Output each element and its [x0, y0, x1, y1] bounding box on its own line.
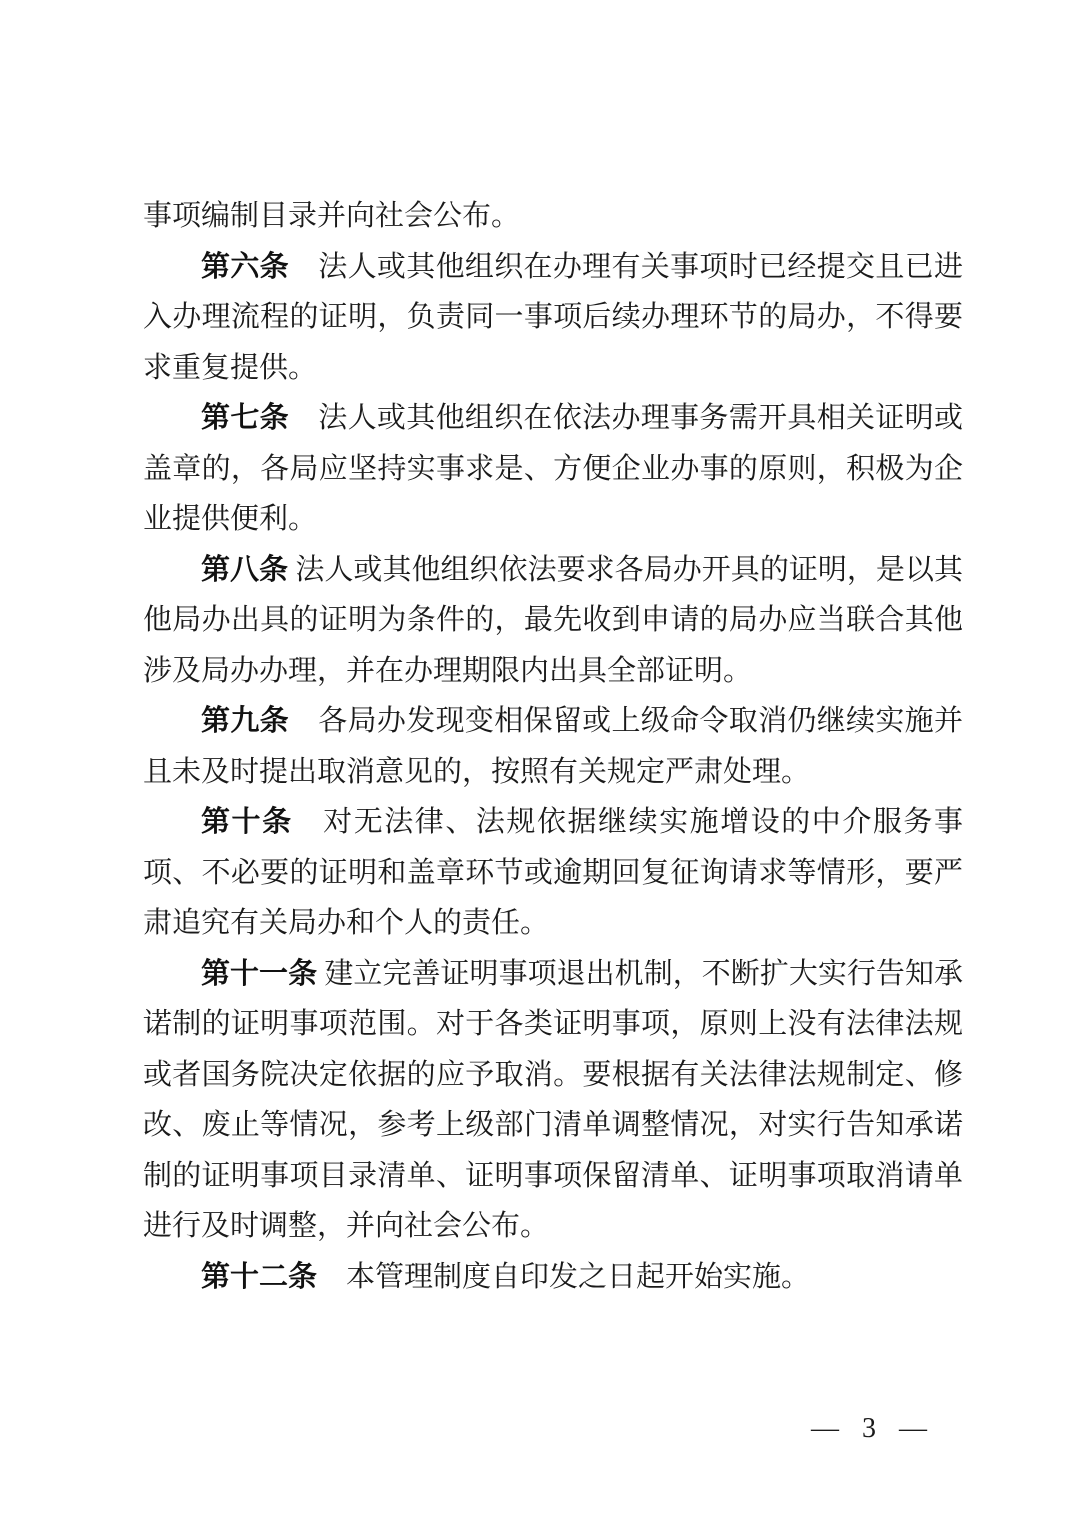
paragraph: 第九条 各局办发现变相保留或上级命令取消仍继续实施并且未及时提出取消意见的，按照…	[143, 696, 963, 797]
article-label: 第九条	[201, 705, 289, 737]
paragraph: 第十条 对无法律、法规依据继续实施增设的中介服务事项、不必要的证明和盖章环节或逾…	[143, 797, 963, 949]
paragraph-text: 建立完善证明事项退出机制，不断扩大实行告知承诺制的证明事项范围。对于各类证明事项…	[143, 958, 963, 1243]
paragraph: 事项编制目录并向社会公布。	[143, 191, 963, 242]
article-label: 第十一条	[201, 958, 317, 990]
paragraph: 第七条 法人或其他组织在依法办理事务需开具相关证明或盖章的，各局应坚持实事求是、…	[143, 393, 963, 545]
article-label: 第七条	[201, 402, 289, 434]
page-number-footer: — 3 —	[811, 1413, 935, 1445]
paragraph: 第六条 法人或其他组织在办理有关事项时已经提交且已进入办理流程的证明，负责同一事…	[143, 242, 963, 394]
document-page: 事项编制目录并向社会公布。 第六条 法人或其他组织在办理有关事项时已经提交且已进…	[0, 0, 1075, 1520]
paragraph: 第八条 法人或其他组织依法要求各局办开具的证明，是以其他局办出具的证明为条件的，…	[143, 545, 963, 697]
article-label: 第十条	[201, 806, 293, 838]
paragraph: 第十一条 建立完善证明事项退出机制，不断扩大实行告知承诺制的证明事项范围。对于各…	[143, 949, 963, 1252]
paragraph-text: 事项编制目录并向社会公布。	[143, 200, 520, 232]
article-label: 第十二条	[201, 1261, 317, 1293]
article-label: 第八条	[201, 554, 288, 586]
document-body: 事项编制目录并向社会公布。 第六条 法人或其他组织在办理有关事项时已经提交且已进…	[143, 191, 963, 1302]
paragraph: 第十二条 本管理制度自印发之日起开始实施。	[143, 1252, 963, 1303]
paragraph-text: 本管理制度自印发之日起开始实施。	[317, 1261, 810, 1293]
article-label: 第六条	[201, 251, 289, 283]
